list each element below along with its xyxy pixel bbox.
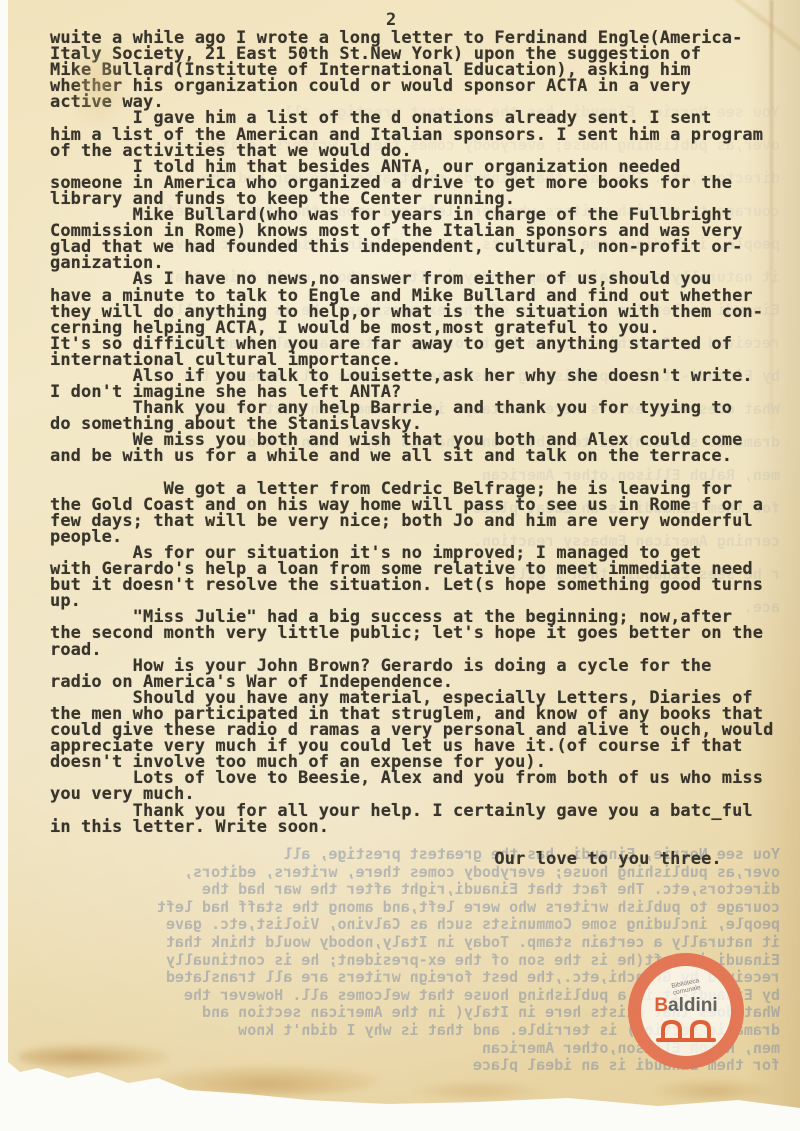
library-stamp-name: Baldini — [654, 996, 717, 1016]
bleedthrough-line: directors,etc. The fact that Einaudi,rig… — [36, 881, 780, 899]
letter-line: and be with us for a while and we all si… — [50, 448, 798, 464]
paper-stain — [648, 1078, 778, 1104]
library-stamp: Biblioteca comunale Baldini — [628, 953, 744, 1069]
letter-line: but it doesn't resolve the situation. Le… — [50, 577, 798, 593]
paper-stain — [18, 1044, 168, 1070]
letter-line: the second month very little public; let… — [50, 625, 798, 641]
bleedthrough-line: courage to publish writers who were left… — [36, 899, 780, 917]
library-stamp-small-text: Biblioteca comunale — [671, 977, 701, 997]
letter-line: few days; that will be very nice; both J… — [50, 513, 798, 529]
paper-stain — [158, 1066, 378, 1096]
page-number: 2 — [386, 10, 396, 30]
letter-body: wuite a while ago I wrote a long letter … — [50, 30, 798, 867]
paper-stain — [408, 1080, 548, 1102]
paper-crease — [770, 0, 773, 430]
open-book-icon — [655, 1017, 717, 1043]
letter-page: You see Norrie, Einaudi, has the greates… — [8, 0, 800, 1118]
letter-line: in this letter. Write soon. — [50, 819, 798, 835]
bleedthrough-line: it naturally a certain stamp. Today in I… — [36, 934, 780, 952]
bleedthrough-line: people, including some Communists such a… — [36, 916, 780, 934]
letter-line: Our love to you three. — [50, 851, 798, 867]
